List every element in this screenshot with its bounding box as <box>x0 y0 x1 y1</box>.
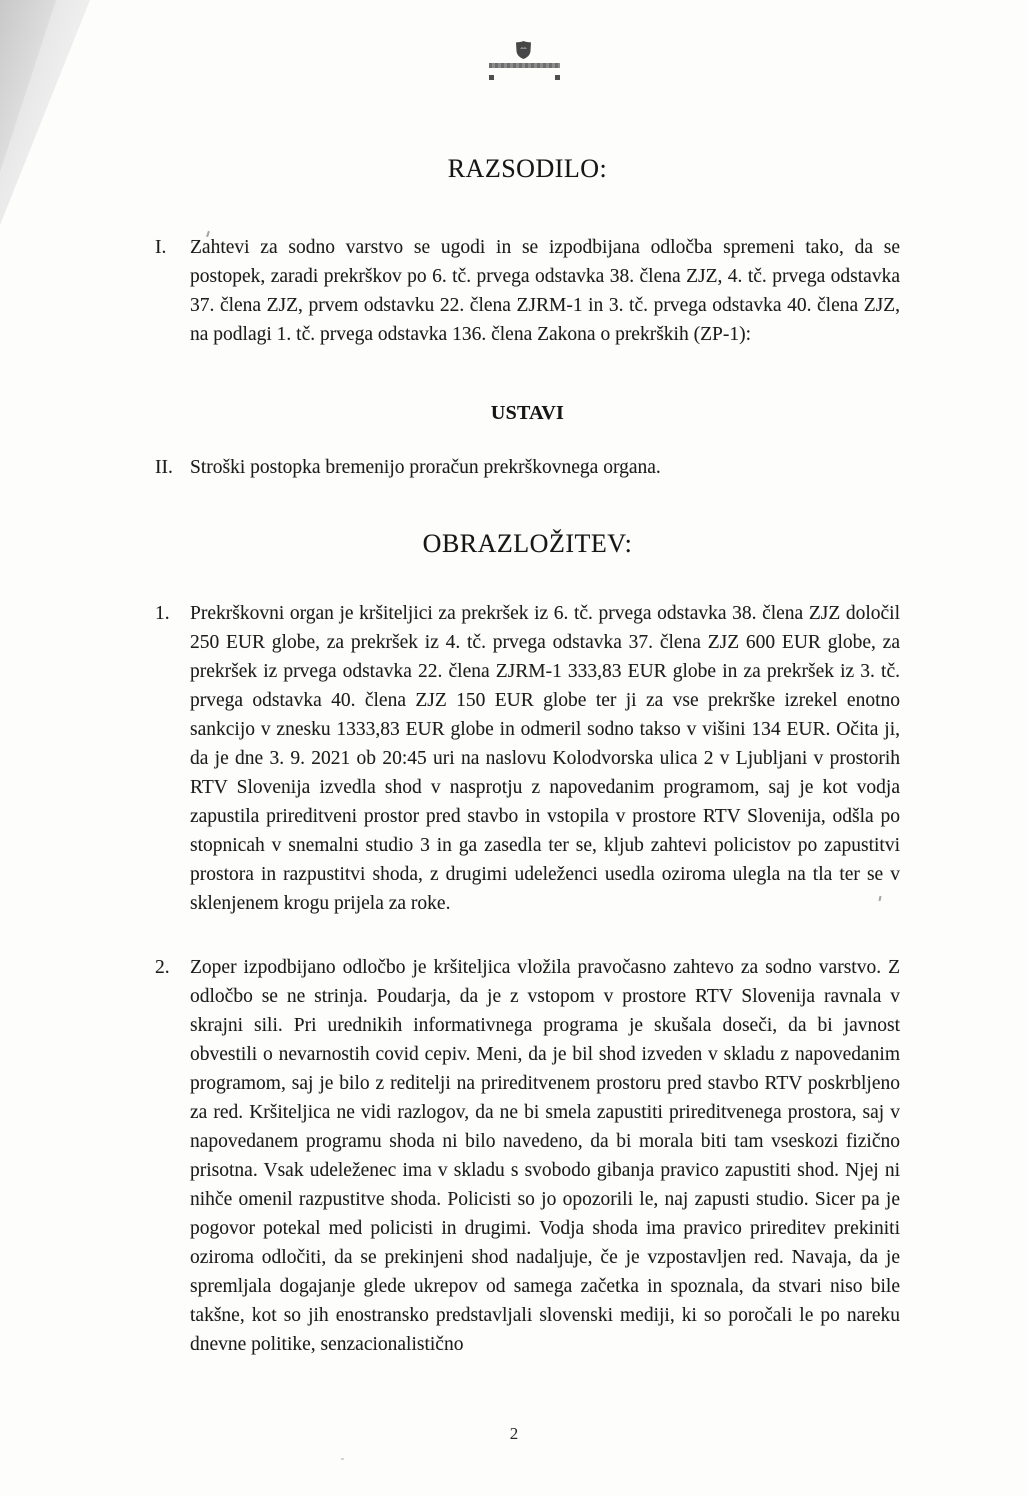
item-numeral: II. <box>155 453 190 482</box>
item-text: Prekrškovni organ je kršiteljici za prek… <box>190 599 900 918</box>
ustavi-heading: USTAVI <box>155 402 900 425</box>
explanation-item-1: 1. Prekrškovni organ je kršiteljici za p… <box>155 599 900 918</box>
item-text: Stroški postopka bremenijo proračun prek… <box>190 453 900 482</box>
page-number: 2 <box>0 1424 1028 1444</box>
item-numeral: I. <box>155 233 190 349</box>
item-text: Zoper izpodbijano odločbo je kršiteljica… <box>190 953 900 1359</box>
explanation-title: OBRAZLOŽITEV: <box>155 529 900 559</box>
verdict-item-I: I. Zahtevi za sodno varstvo se ugodi in … <box>155 233 900 349</box>
item-numeral: 1. <box>155 599 190 918</box>
document-body: RAZSODILO: I. Zahtevi za sodno varstvo s… <box>155 0 900 1496</box>
item-numeral: 2. <box>155 953 190 1359</box>
explanation-item-2: 2. Zoper izpodbijano odločbo je kršitelj… <box>155 953 900 1359</box>
verdict-title: RAZSODILO: <box>155 154 900 184</box>
scan-speck <box>341 1458 344 1460</box>
document-page: RAZSODILO: I. Zahtevi za sodno varstvo s… <box>0 0 1028 1496</box>
item-text: Zahtevi za sodno varstvo se ugodi in se … <box>190 233 900 349</box>
verdict-item-II: II. Stroški postopka bremenijo proračun … <box>155 453 900 482</box>
